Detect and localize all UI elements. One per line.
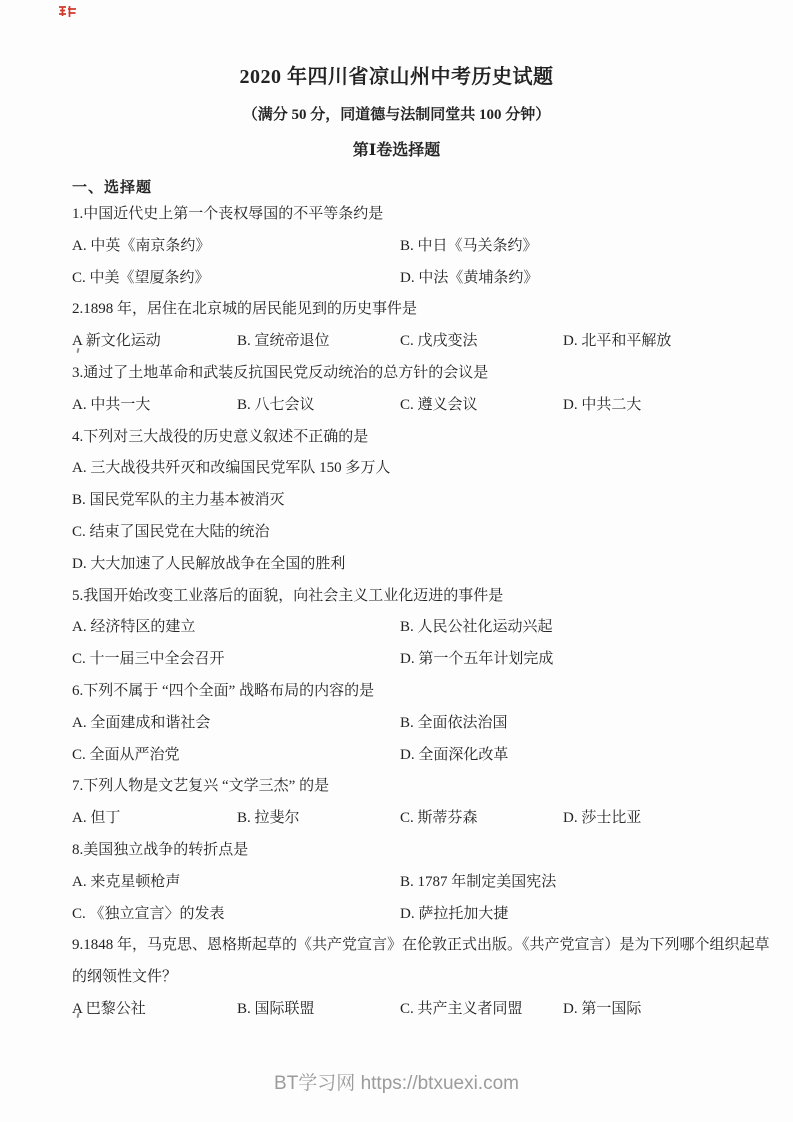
question-row: D. 大大加速了人民解放战争在全国的胜利: [72, 549, 733, 581]
question-row: 3.通过了土地革命和武装反抗国民党反动统治的总方针的会议是: [72, 358, 733, 390]
option: B. 拉斐尔: [237, 803, 300, 835]
question-stem: 5.我国开始改变工业落后的面貌，向社会主义工业化迈进的事件是: [72, 581, 503, 613]
option: C. 戊戌变法: [400, 326, 478, 358]
question-stem: 9.1848 年，马克思、恩格斯起草的《共产党宣言》在伦敦正式出版。《共产党宣言…: [72, 930, 770, 962]
option: D. 莎士比亚: [563, 803, 641, 835]
option: A. 经济特区的建立: [72, 612, 195, 644]
option: C. 《独立宣言〉的发表: [72, 899, 225, 931]
question-row: 4.下列对三大战役的历史意义叙述不正确的是: [72, 422, 733, 454]
question-row: A. 三大战役共歼灭和改编国民党军队 150 多万人: [72, 453, 733, 485]
question-row: 9.1848 年，马克思、恩格斯起草的《共产党宣言》在伦敦正式出版。《共产党宣言…: [72, 930, 733, 962]
question-row: C. 十一届三中全会召开D. 第一个五年计划完成: [72, 644, 733, 676]
option: B. 八七会议: [237, 390, 315, 422]
question-row: A. 但丁B. 拉斐尔C. 斯蒂芬森D. 莎士比亚: [72, 803, 733, 835]
option: A. 来克星顿枪声: [72, 867, 180, 899]
option: A. 三大战役共歼灭和改编国民党军队 150 多万人: [72, 453, 390, 485]
page-title: 2020 年四川省凉山州中考历史试题: [0, 64, 793, 90]
option: A. 中英《南京条约》: [72, 231, 210, 263]
questions: 1.中国近代史上第一个丧权辱国的不平等条约是A. 中英《南京条约》B. 中日《马…: [72, 199, 733, 1026]
option: A. 全面建成和谐社会: [72, 708, 210, 740]
option: A. 中共一大: [72, 390, 150, 422]
section-heading: 第Ⅰ卷选择题: [0, 139, 793, 163]
question-stem: 1.中国近代史上第一个丧权辱国的不平等条约是: [72, 199, 383, 231]
option: D. 北平和平解放: [563, 326, 671, 358]
part-heading: 一、选择题: [72, 178, 793, 198]
question-row: 1.中国近代史上第一个丧权辱国的不平等条约是: [72, 199, 733, 231]
option: A 巴黎公社: [72, 994, 146, 1026]
question-stem: 6.下列不属于 “四个全面” 战略布局的内容的是: [72, 676, 374, 708]
option: B. 中日《马关条约》: [400, 231, 538, 263]
option: A. 但丁: [72, 803, 120, 835]
option: B. 人民公社化运动兴起: [400, 612, 553, 644]
option: D. 萨拉托加大捷: [400, 899, 508, 931]
question-row: C. 结束了国民党在大陆的统治: [72, 517, 733, 549]
option: C. 共产主义者同盟: [400, 994, 523, 1026]
question-row: C. 中美《望厦条约》D. 中法《黄埔条约》: [72, 263, 733, 295]
exam-paper-page: 2020 年四川省凉山州中考历史试题 （满分 50 分，同道德与法制同堂共 10…: [0, 0, 793, 1122]
question-row: 的纲领性文件？: [72, 962, 733, 994]
option: D. 中法《黄埔条约》: [400, 263, 538, 295]
question-stem: 3.通过了土地革命和武装反抗国民党反动统治的总方针的会议是: [72, 358, 488, 390]
question-row: 2.1898 年，居住在北京城的居民能见到的历史事件是: [72, 294, 733, 326]
question-row: A. 中共一大B. 八七会议C. 遵义会议D. 中共二大: [72, 390, 733, 422]
red-corner-mark: [57, 4, 77, 24]
question-stem: 7.下列人物是文艺复兴 “文学三杰” 的是: [72, 771, 329, 803]
footer-watermark: BT学习网 https://btxuexi.com: [0, 1071, 793, 1097]
option: C. 中美《望厦条约》: [72, 263, 210, 295]
question-row: 7.下列人物是文艺复兴 “文学三杰” 的是: [72, 771, 733, 803]
question-row: A. 全面建成和谐社会B. 全面依法治国: [72, 708, 733, 740]
question-row: A 新文化运动B. 宣统帝退位C. 戊戌变法D. 北平和平解放: [72, 326, 733, 358]
option: D. 全面深化改革: [400, 740, 508, 772]
option: C. 斯蒂芬森: [400, 803, 478, 835]
option: C. 结束了国民党在大陆的统治: [72, 517, 270, 549]
exam-header: 2020 年四川省凉山州中考历史试题 （满分 50 分，同道德与法制同堂共 10…: [0, 0, 793, 198]
option: D. 第一个五年计划完成: [400, 644, 553, 676]
question-row: A. 中英《南京条约》B. 中日《马关条约》: [72, 231, 733, 263]
question-stem: 2.1898 年，居住在北京城的居民能见到的历史事件是: [72, 294, 417, 326]
question-row: C. 全面从严治党D. 全面深化改革: [72, 740, 733, 772]
option: C. 遵义会议: [400, 390, 478, 422]
option: A 新文化运动: [72, 326, 161, 358]
question-stem: 的纲领性文件？: [72, 962, 177, 994]
question-stem: 4.下列对三大战役的历史意义叙述不正确的是: [72, 422, 368, 454]
option: D. 大大加速了人民解放战争在全国的胜利: [72, 549, 345, 581]
option: B. 全面依法治国: [400, 708, 508, 740]
question-row: 6.下列不属于 “四个全面” 战略布局的内容的是: [72, 676, 733, 708]
question-row: B. 国民党军队的主力基本被消灭: [72, 485, 733, 517]
option: C. 全面从严治党: [72, 740, 180, 772]
option: B. 国民党军队的主力基本被消灭: [72, 485, 285, 517]
question-stem: 8.美国独立战争的转折点是: [72, 835, 248, 867]
option: B. 宣统帝退位: [237, 326, 330, 358]
option: D. 第一国际: [563, 994, 641, 1026]
option: D. 中共二大: [563, 390, 641, 422]
option: B. 国际联盟: [237, 994, 315, 1026]
option: B. 1787 年制定美国宪法: [400, 867, 556, 899]
question-row: A 巴黎公社B. 国际联盟C. 共产主义者同盟D. 第一国际: [72, 994, 733, 1026]
question-row: C. 《独立宣言〉的发表D. 萨拉托加大捷: [72, 899, 733, 931]
option: C. 十一届三中全会召开: [72, 644, 225, 676]
question-row: A. 来克星顿枪声B. 1787 年制定美国宪法: [72, 867, 733, 899]
question-row: 8.美国独立战争的转折点是: [72, 835, 733, 867]
exam-subtitle: （满分 50 分，同道德与法制同堂共 100 分钟）: [0, 104, 793, 126]
question-row: A. 经济特区的建立B. 人民公社化运动兴起: [72, 612, 733, 644]
question-row: 5.我国开始改变工业落后的面貌，向社会主义工业化迈进的事件是: [72, 581, 733, 613]
